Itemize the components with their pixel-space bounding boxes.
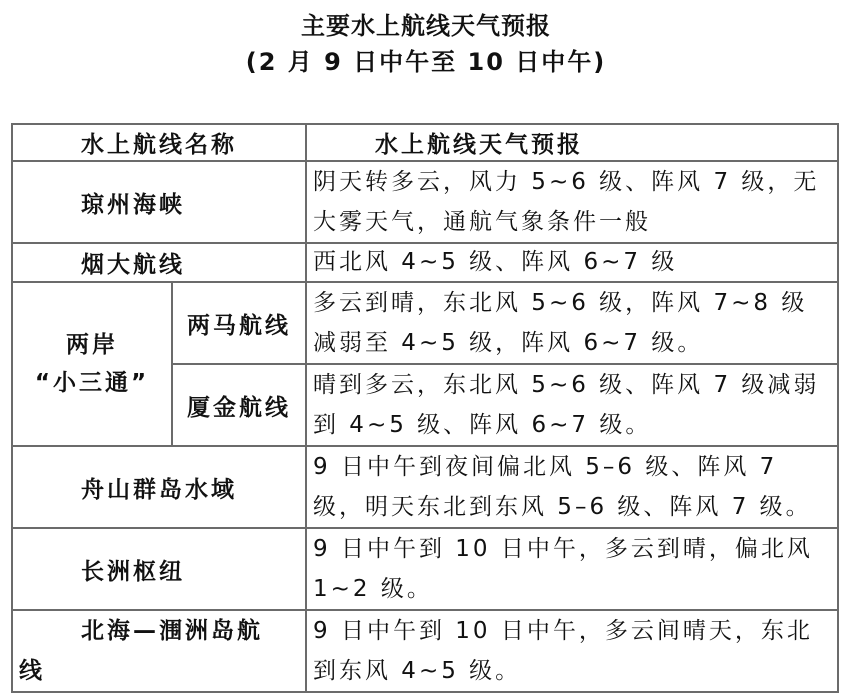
table-row: 琼州海峡 阴天转多云，风力 5~6 级、阵风 7 级，无大雾天气，通航气象条件一… (12, 161, 838, 243)
route-name: 琼州海峡 (12, 161, 306, 243)
route-name: 舟山群岛水域 (12, 446, 306, 528)
table-header-row: 水上航线名称 水上航线天气预报 (12, 124, 838, 161)
route-name: 烟大航线 (12, 243, 306, 282)
table-row: 舟山群岛水域 9 日中午到夜间偏北风 5–6 级、阵风 7 级，明天东北到东风 … (12, 446, 838, 528)
table-row: 烟大航线 西北风 4~5 级、阵风 6~7 级 (12, 243, 838, 282)
route-group-line2: “小三通” (13, 364, 171, 402)
route-forecast: 西北风 4~5 级、阵风 6~7 级 (306, 243, 838, 282)
table-row: 两岸 “小三通” 两马航线 多云到晴，东北风 5~6 级，阵风 7~8 级减弱至… (12, 282, 838, 364)
table-row: 北海—涠洲岛航 线 9 日中午到 10 日中午，多云间晴天，东北到东风 4~5 … (12, 610, 838, 692)
route-forecast: 9 日中午到夜间偏北风 5–6 级、阵风 7 级，明天东北到东风 5–6 级、阵… (306, 446, 838, 528)
route-forecast: 9 日中午到 10 日中午，多云间晴天，东北到东风 4~5 级。 (306, 610, 838, 692)
document-subtitle: (2 月 9 日中午至 10 日中午) (0, 42, 852, 77)
route-forecast: 9 日中午到 10 日中午，多云到晴，偏北风 1~2 级。 (306, 528, 838, 610)
header-route-name: 水上航线名称 (12, 124, 306, 161)
route-forecast: 阴天转多云，风力 5~6 级、阵风 7 级，无大雾天气，通航气象条件一般 (306, 161, 838, 243)
forecast-table: 水上航线名称 水上航线天气预报 琼州海峡 阴天转多云，风力 5~6 级、阵风 7… (11, 123, 839, 693)
route-name: 北海—涠洲岛航 线 (12, 610, 306, 692)
table-row: 长洲枢纽 9 日中午到 10 日中午，多云到晴，偏北风 1~2 级。 (12, 528, 838, 610)
sub-route-name: 两马航线 (172, 282, 306, 364)
route-group-line1: 两岸 (13, 326, 171, 364)
route-forecast: 晴到多云，东北风 5~6 级、阵风 7 级减弱到 4~5 级、阵风 6~7 级。 (306, 364, 838, 446)
route-name-line2: 线 (19, 658, 45, 684)
route-name: 长洲枢纽 (12, 528, 306, 610)
route-group-name: 两岸 “小三通” (12, 282, 172, 446)
route-forecast: 多云到晴，东北风 5~6 级，阵风 7~8 级减弱至 4~5 级，阵风 6~7 … (306, 282, 838, 364)
route-name-line1: 北海—涠洲岛航 (19, 611, 305, 651)
header-forecast: 水上航线天气预报 (306, 124, 838, 161)
document-title: 主要水上航线天气预报 (0, 6, 852, 41)
sub-route-name: 厦金航线 (172, 364, 306, 446)
